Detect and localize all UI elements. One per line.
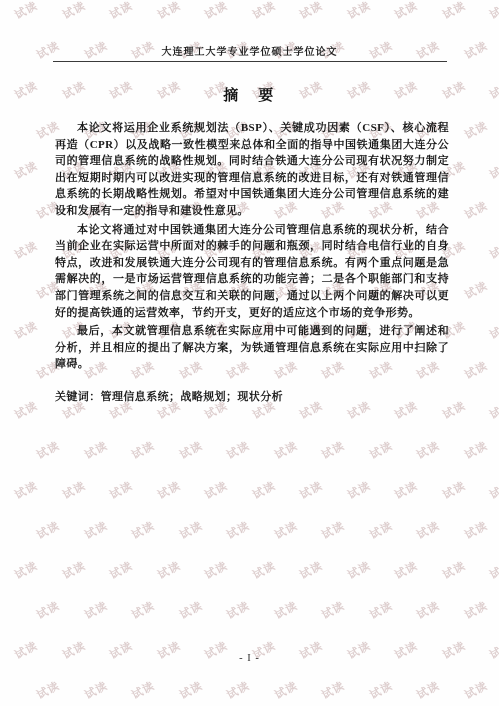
abstract-body: 本论文将运用企业系统规划法（BSP）、关键成功因素（CSF）、核心流程再造（CP… — [55, 120, 449, 408]
abstract-paragraph-1: 本论文将运用企业系统规划法（BSP）、关键成功因素（CSF）、核心流程再造（CP… — [55, 120, 449, 220]
abstract-paragraph-3: 最后，本文就管理信息系统在实际应用中可能遇到的问题，进行了阐述和分析，并且相应的… — [55, 323, 449, 373]
keywords-line: 关键词：管理信息系统；战略规划；现状分析 — [55, 389, 449, 406]
header-rule — [53, 61, 447, 62]
keywords-value: 管理信息系统；战略规划；现状分析 — [101, 391, 283, 403]
abstract-title: 摘 要 — [0, 87, 499, 105]
page-number: - I - — [0, 653, 499, 664]
keywords-label: 关键词： — [55, 391, 101, 403]
page-content: 大连理工大学专业学位硕士学位论文 摘 要 本论文将运用企业系统规划法（BSP）、… — [0, 0, 499, 706]
page-header: 大连理工大学专业学位硕士学位论文 — [0, 47, 499, 62]
thesis-page: 试读试读试读试读试读试读试读试读试读试读试读试读试读试读试读试读试读试读试读试读… — [0, 0, 499, 706]
header-title: 大连理工大学专业学位硕士学位论文 — [0, 47, 499, 59]
abstract-paragraph-2: 本论文将通过对中国铁通集团大连分公司管理信息系统的现状分析，结合当前企业在实际运… — [55, 222, 449, 322]
